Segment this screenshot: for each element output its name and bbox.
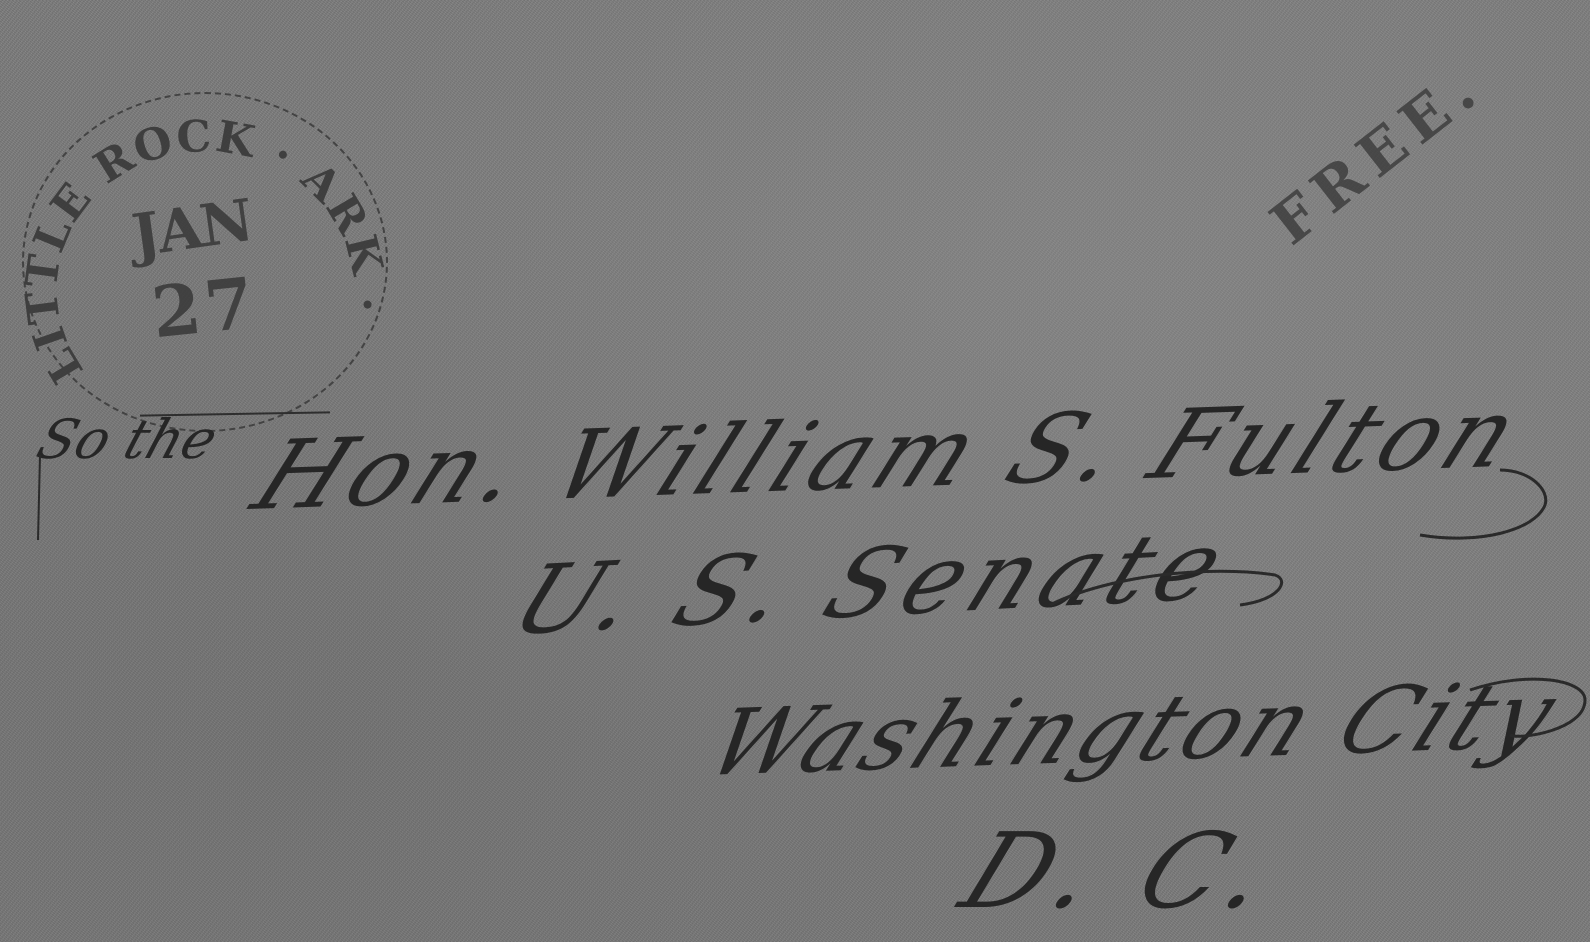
address-recipient: Hon. William S. Fulton	[238, 377, 1541, 532]
docket-notation: So the	[30, 408, 226, 471]
free-frank-stamp: FREE.	[1258, 52, 1495, 258]
postmark-ring: LITTLE ROCK · ARK ·	[24, 94, 386, 430]
envelope-cover: LITTLE ROCK · ARK · JAN 27 FREE. So the …	[0, 0, 1590, 942]
address-city: Washington City	[692, 661, 1576, 797]
postmark-ring-svg: LITTLE ROCK · ARK ·	[24, 94, 386, 430]
address-institution: U. S. Senate	[497, 509, 1249, 657]
address-district: D. C.	[945, 810, 1299, 932]
postmark-day: 27	[148, 261, 262, 355]
circular-postmark: LITTLE ROCK · ARK · JAN 27	[22, 92, 388, 432]
